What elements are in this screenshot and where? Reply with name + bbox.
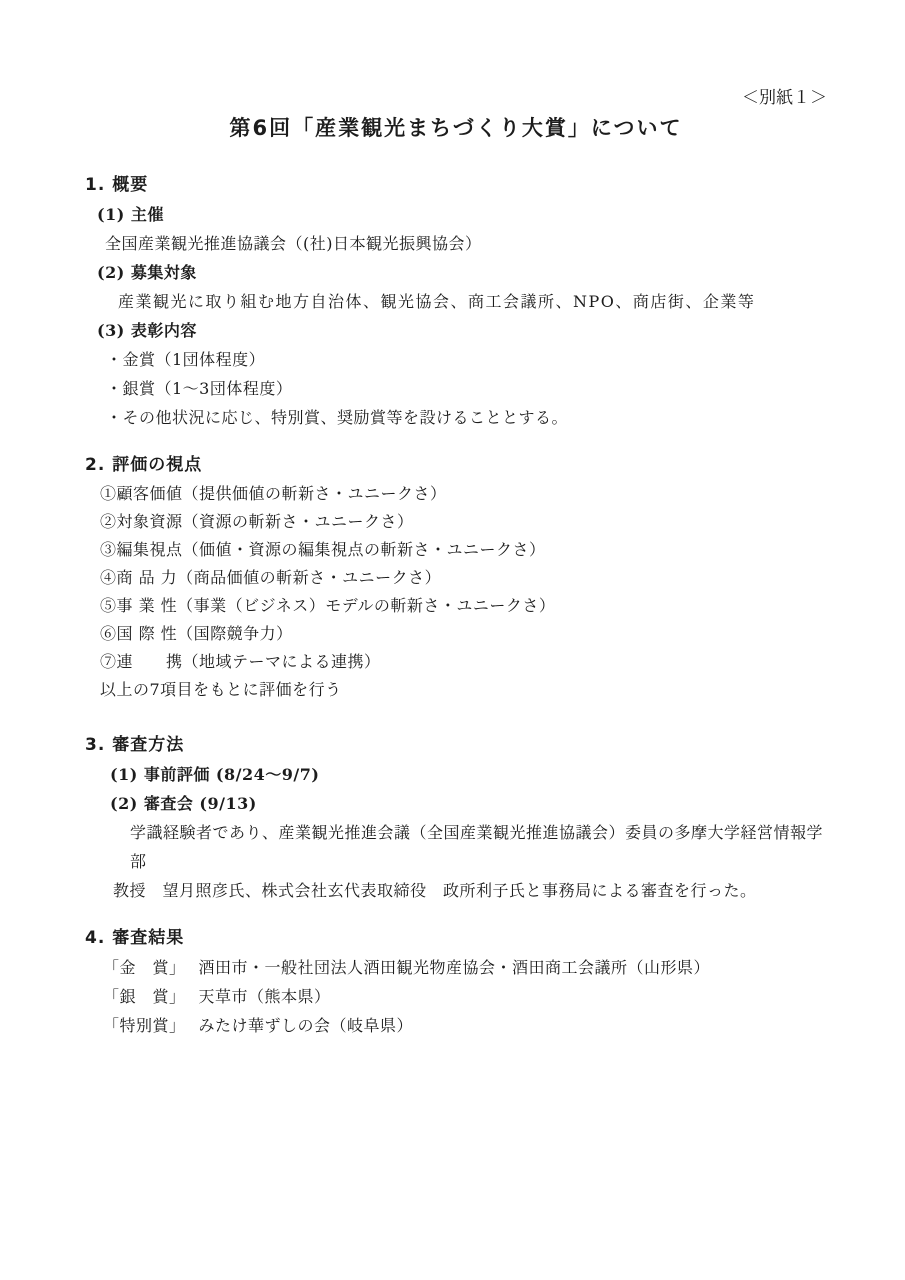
section-results: 4. 審査結果 「金 賞」 酒田市・一般社団法人酒田観光物産協会・酒田商工会議所…: [85, 923, 827, 1040]
result-winner-special: みたけ華ずしの会（岐阜県）: [199, 1011, 414, 1040]
evaluation-item-5: ⑤事 業 性（事業（ビジネス）モデルの斬新さ・ユニークさ）: [100, 592, 827, 620]
page-title: 第6回「産業観光まちづくり大賞」について: [85, 114, 827, 142]
evaluation-item-1: ①顧客価値（提供価値の斬新さ・ユニークさ）: [100, 480, 827, 508]
recruitment-target-body: 産業観光に取り組む地方自治体、観光協会、商工会議所、NPO、商店街、企業等: [118, 287, 827, 316]
evaluation-item-4: ④商 品 力（商品価値の斬新さ・ユニークさ）: [100, 564, 827, 592]
method-description-line-2: 教授 望月照彦氏、株式会社玄代表取締役 政所利子氏と事務局による審査を行った。: [113, 876, 827, 905]
document-page: ＜別紙１＞ 第6回「産業観光まちづくり大賞」について 1. 概要 (1) 主催 …: [0, 0, 905, 1280]
evaluation-item-7: ⑦連 携（地域テーマによる連携）: [100, 648, 827, 676]
evaluation-note: 以上の7項目をもとに評価を行う: [100, 676, 827, 704]
attachment-label: ＜別紙１＞: [85, 86, 827, 110]
method-step-pre-evaluation: (1) 事前評価 (8/24～9/7): [110, 760, 827, 789]
section-overview-heading: 1. 概要: [85, 170, 827, 200]
organizer-body: 全国産業観光推進協議会（(社)日本観光振興協会）: [105, 229, 827, 258]
section-evaluation: 2. 評価の視点 ①顧客価値（提供価値の斬新さ・ユニークさ） ②対象資源（資源の…: [85, 450, 827, 704]
result-rank-special: 「特別賞」: [103, 1011, 186, 1040]
result-row-gold: 「金 賞」 酒田市・一般社団法人酒田観光物産協会・酒田商工会議所（山形県）: [103, 953, 827, 982]
section-results-heading: 4. 審査結果: [85, 923, 827, 953]
award-item-gold: ・金賞（1団体程度）: [106, 345, 827, 374]
organizer-heading: (1) 主催: [97, 200, 827, 229]
method-description-line-1: 学識経験者であり、産業観光推進会議（全国産業観光推進協議会）委員の多摩大学経営情…: [130, 818, 827, 876]
section-evaluation-heading: 2. 評価の視点: [85, 450, 827, 480]
method-step-committee: (2) 審査会 (9/13): [110, 789, 827, 818]
section-overview: 1. 概要 (1) 主催 全国産業観光推進協議会（(社)日本観光振興協会） (2…: [85, 170, 827, 432]
evaluation-item-3: ③編集視点（価値・資源の編集視点の斬新さ・ユニークさ）: [100, 536, 827, 564]
award-item-other: ・その他状況に応じ、特別賞、奨励賞等を設けることとする。: [106, 403, 827, 432]
result-rank-gold: 「金 賞」: [103, 953, 186, 982]
section-method: 3. 審査方法 (1) 事前評価 (8/24～9/7) (2) 審査会 (9/1…: [85, 730, 827, 905]
result-winner-gold: 酒田市・一般社団法人酒田観光物産協会・酒田商工会議所（山形県）: [199, 953, 711, 982]
awards-heading: (3) 表彰内容: [97, 316, 827, 345]
result-rank-silver: 「銀 賞」: [103, 982, 186, 1011]
result-row-silver: 「銀 賞」 天草市（熊本県）: [103, 982, 827, 1011]
evaluation-item-6: ⑥国 際 性（国際競争力）: [100, 620, 827, 648]
evaluation-item-2: ②対象資源（資源の斬新さ・ユニークさ）: [100, 508, 827, 536]
section-method-heading: 3. 審査方法: [85, 730, 827, 760]
result-winner-silver: 天草市（熊本県）: [199, 982, 331, 1011]
award-item-silver: ・銀賞（1～3団体程度）: [106, 374, 827, 403]
result-row-special: 「特別賞」 みたけ華ずしの会（岐阜県）: [103, 1011, 827, 1040]
recruitment-target-heading: (2) 募集対象: [97, 258, 827, 287]
